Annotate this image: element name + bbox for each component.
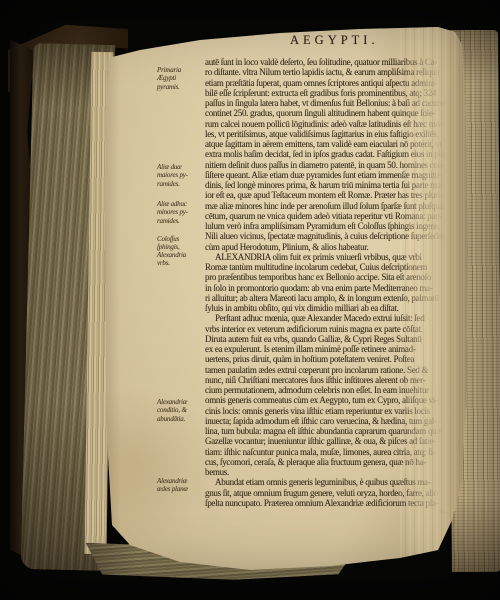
margin-note-line: Primaria: [157, 66, 203, 74]
margin-note: Alexandriæædes planæ: [157, 477, 203, 494]
book-photo: AEGYPTI. PrimariaÆgyptipyramis.Aliæ duæm…: [0, 0, 500, 600]
margin-note-line: Aliæ duæ: [157, 163, 203, 171]
margin-note-line: maiores py-: [157, 171, 203, 179]
margin-note: PrimariaÆgyptipyramis.: [157, 66, 203, 91]
margin-note-line: Alexandriæ: [157, 398, 203, 406]
margin-note: Coloſſusſphingis,: [157, 235, 203, 252]
margin-note-line: pyramis.: [157, 83, 203, 91]
margin-note-line: abundātia.: [157, 415, 203, 423]
margin-notes: PrimariaÆgyptipyramis.Aliæ duæmaiores py…: [94, 26, 204, 573]
running-header: AEGYPTI.: [290, 33, 379, 48]
margin-note-line: minores py-: [157, 208, 203, 216]
margin-note-line: Alexandriæ: [157, 477, 203, 485]
margin-note-line: conditio, &: [157, 406, 203, 414]
margin-note: Alexandriæconditio, &abundātia.: [157, 398, 203, 423]
margin-note-line: Coloſſus: [157, 235, 203, 243]
margin-note: Aliæ adhucminores py-ramides.: [157, 200, 203, 225]
margin-note-line: Aliæ adhuc: [157, 200, 203, 208]
margin-note-line: ramides.: [157, 217, 203, 225]
margin-note: Alexandriavrbs.: [157, 251, 203, 268]
margin-note-line: ramides.: [157, 180, 203, 188]
margin-note-line: Ægypti: [157, 74, 203, 82]
margin-note: Aliæ duæmaiores py-ramides.: [157, 163, 203, 188]
page: AEGYPTI. PrimariaÆgyptipyramis.Aliæ duæm…: [94, 26, 472, 573]
margin-note-line: vrbs.: [157, 259, 203, 267]
margin-note-line: Alexandria: [157, 251, 203, 259]
margin-note-line: ædes planæ: [157, 485, 203, 493]
